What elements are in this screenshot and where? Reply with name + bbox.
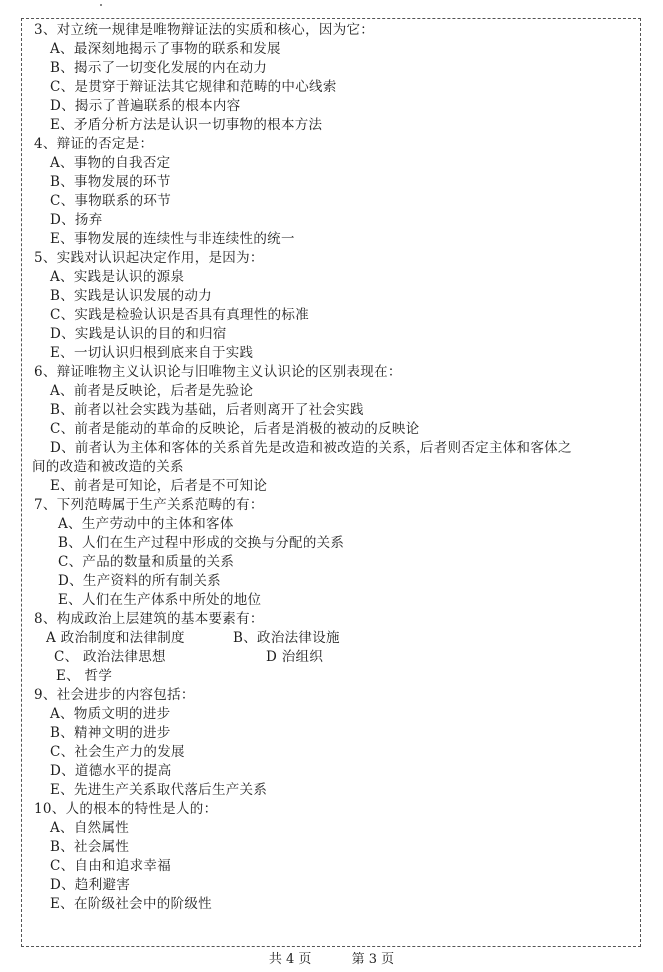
question-3-option-d: D、揭示了普遍联系的根本内容 [50, 97, 241, 116]
question-4-option-b: B、事物发展的环节 [50, 173, 171, 192]
question-3-option-c: C、是贯穿于辩证法其它规律和范畴的中心线索 [50, 78, 337, 97]
question-7-option-b: B、人们在生产过程中形成的交换与分配的关系 [58, 534, 344, 553]
question-5-option-a: A、实践是认识的源泉 [50, 268, 184, 287]
question-7-stem: 7、下列范畴属于生产关系范畴的有： [34, 496, 264, 515]
question-6-option-b: B、前者以社会实践为基础，后者则离开了社会实践 [50, 401, 364, 420]
question-8-option-c: C、 政治法律思想 [54, 648, 166, 667]
question-10-stem: 10、人的根本的特性是人的： [34, 800, 217, 819]
question-8-option-b: B、政治法律设施 [233, 629, 340, 648]
page-footer: 共 4 页 第 3 页 [0, 951, 663, 969]
question-9-option-a: A、物质文明的进步 [50, 705, 170, 724]
question-6-stem: 6、辩证唯物主义认识论与旧唯物主义认识论的区别表现在： [34, 363, 402, 382]
question-8-option-d: D 治组织 [266, 648, 323, 667]
question-10-option-d: D、趋利避害 [50, 876, 130, 895]
question-5-option-e: E、一切认识归根到底来自于实践 [50, 344, 253, 363]
question-5-option-b: B、实践是认识发展的动力 [50, 287, 212, 306]
question-6-option-d: D、前者认为主体和客体的关系首先是改造和被改造的关系，后者则否定主体和客体之 [50, 439, 572, 458]
question-3-option-e: E、矛盾分析方法是认识一切事物的根本方法 [50, 116, 322, 135]
question-9-option-b: B、精神文明的进步 [50, 724, 171, 743]
question-4-stem: 4、辩证的否定是： [34, 135, 153, 154]
question-4-option-c: C、事物联系的环节 [50, 192, 171, 211]
question-6-option-d-continuation: 间的改造和被改造的关系 [32, 458, 184, 477]
question-6-option-e: E、前者是可知论，后者是不可知论 [50, 477, 267, 496]
question-8-stem: 8、构成政治上层建筑的基本要素有： [34, 610, 264, 629]
question-10-option-c: C、自由和追求幸福 [50, 857, 171, 876]
question-7-option-a: A、生产劳动中的主体和客体 [58, 515, 234, 534]
question-9-stem: 9、社会进步的内容包括： [34, 686, 195, 705]
question-10-option-e: E、在阶级社会中的阶级性 [50, 895, 212, 914]
question-3-stem: 3、对立统一规律是唯物辩证法的实质和核心，因为它： [34, 21, 374, 40]
question-4-option-d: D、扬弃 [50, 211, 103, 230]
question-3-option-b: B、揭示了一切变化发展的内在动力 [50, 59, 267, 78]
scan-speck [100, 4, 102, 6]
question-10-option-a: A、自然属性 [50, 819, 129, 838]
question-7-option-c: C、产品的数量和质量的关系 [58, 553, 234, 572]
question-5-option-d: D、实践是认识的目的和归宿 [50, 325, 227, 344]
total-pages: 共 4 页 [269, 952, 312, 967]
question-6-option-a: A、前者是反映论，后者是先验论 [50, 382, 253, 401]
question-3-option-a: A、最深刻地揭示了事物的联系和发展 [50, 40, 281, 59]
question-8-option-e: E、 哲学 [56, 667, 112, 686]
question-9-option-e: E、先进生产关系取代落后生产关系 [50, 781, 267, 800]
question-4-option-e: E、事物发展的连续性与非连续性的统一 [50, 230, 295, 249]
question-10-option-b: B、社会属性 [50, 838, 129, 857]
current-page: 第 3 页 [352, 952, 395, 967]
question-9-option-d: D、道德水平的提高 [50, 762, 172, 781]
question-8-option-a: A 政治制度和法律制度 [46, 629, 185, 648]
question-7-option-d: D、生产资料的所有制关系 [58, 572, 221, 591]
question-7-option-e: E、人们在生产体系中所处的地位 [58, 591, 261, 610]
question-6-option-c: C、前者是能动的革命的反映论，后者是消极的被动的反映论 [50, 420, 419, 439]
question-9-option-c: C、社会生产力的发展 [50, 743, 185, 762]
question-4-option-a: A、事物的自我否定 [50, 154, 170, 173]
question-5-option-c: C、实践是检验认识是否具有真理性的标准 [50, 306, 309, 325]
question-5-stem: 5、实践对认识起决定作用，是因为： [34, 249, 264, 268]
